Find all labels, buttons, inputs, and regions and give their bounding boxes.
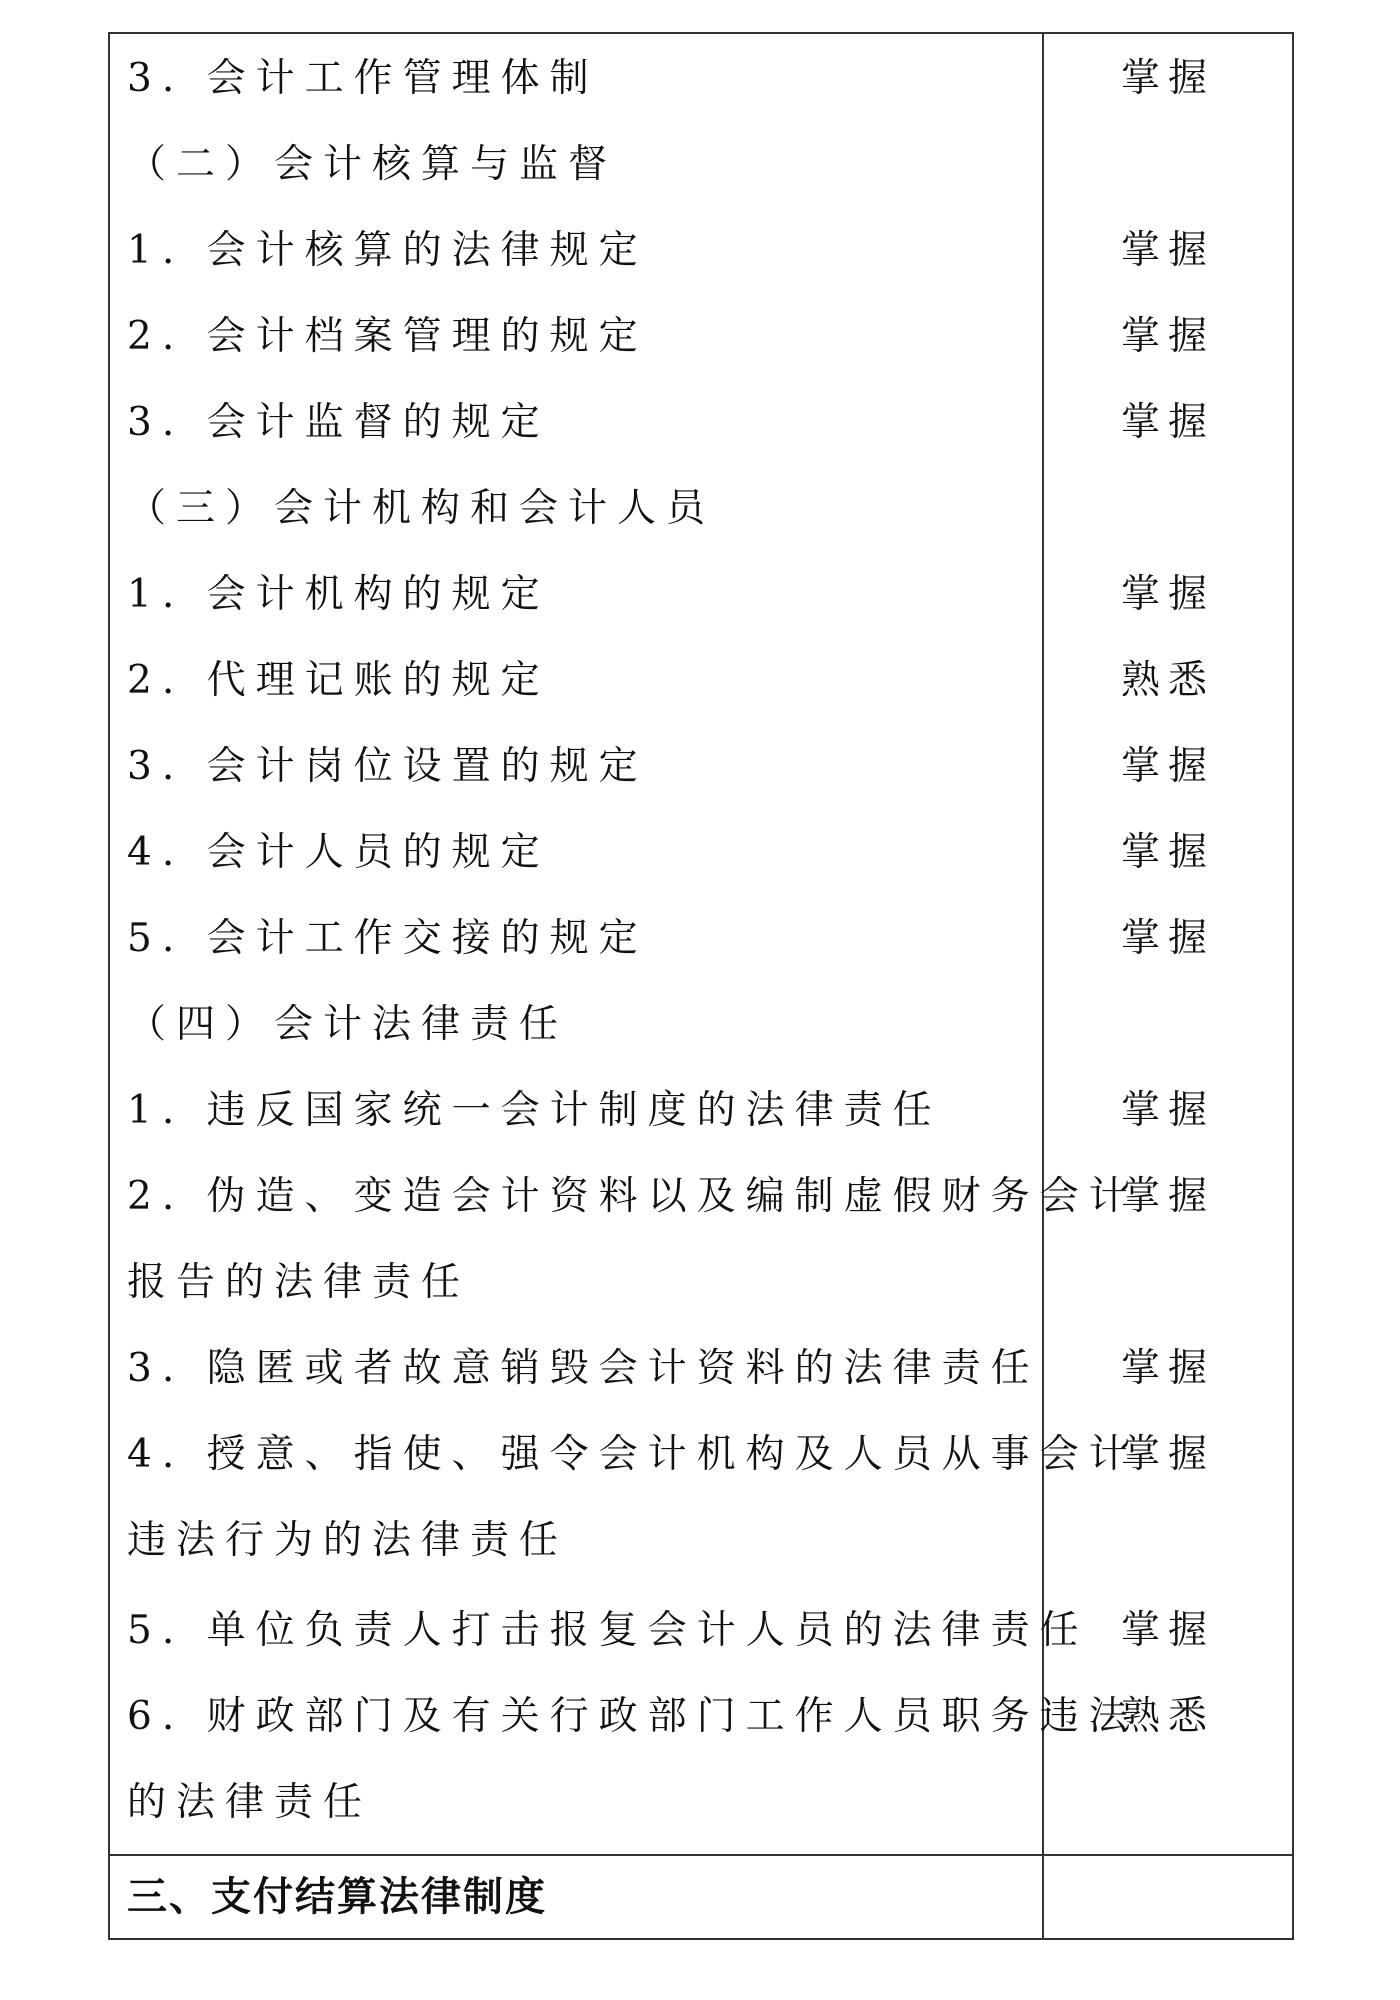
topic-text: 3. 会计岗位设置的规定 xyxy=(127,742,1027,792)
topic-text: 3. 会计工作管理体制 xyxy=(127,54,1027,104)
level-text: 掌握 xyxy=(1042,1344,1294,1394)
topic-text: 5. 会计工作交接的规定 xyxy=(127,914,1027,964)
topic-text: 4. 会计人员的规定 xyxy=(127,828,1027,878)
level-text: 掌握 xyxy=(1042,570,1294,620)
level-text: 掌握 xyxy=(1042,742,1294,792)
topic-text: 3. 会计监督的规定 xyxy=(127,398,1027,448)
topic-text: 1. 会计机构的规定 xyxy=(127,570,1027,620)
section-heading: 三、支付结算法律制度 xyxy=(127,1872,547,1922)
level-text: 掌握 xyxy=(1042,914,1294,964)
level-text: 掌握 xyxy=(1042,312,1294,362)
level-text: 掌握 xyxy=(1042,828,1294,878)
level-text: 掌握 xyxy=(1042,1430,1294,1480)
topic-text-continued: 的法律责任 xyxy=(127,1778,1027,1828)
topic-text: 6. 财政部门及有关行政部门工作人员职务违法 xyxy=(127,1692,1027,1742)
topic-text: 1. 会计核算的法律规定 xyxy=(127,226,1027,276)
topic-text: 2. 会计档案管理的规定 xyxy=(127,312,1027,362)
topic-text: 3. 隐匿或者故意销毁会计资料的法律责任 xyxy=(127,1344,1027,1394)
topic-text: 1. 违反国家统一会计制度的法律责任 xyxy=(127,1086,1027,1136)
level-text: 掌握 xyxy=(1042,54,1294,104)
topic-text: 5. 单位负责人打击报复会计人员的法律责任 xyxy=(127,1606,1027,1656)
topic-text: 4. 授意、指使、强令会计机构及人员从事会计 xyxy=(127,1430,1027,1480)
topic-text: 2. 伪造、变造会计资料以及编制虚假财务会计 xyxy=(127,1172,1027,1222)
topic-text-continued: 报告的法律责任 xyxy=(127,1258,1027,1308)
level-text: 掌握 xyxy=(1042,398,1294,448)
level-text: 熟悉 xyxy=(1042,656,1294,706)
level-text: 熟悉 xyxy=(1042,1692,1294,1742)
level-text: 掌握 xyxy=(1042,1086,1294,1136)
topic-text-continued: 违法行为的法律责任 xyxy=(127,1516,1027,1566)
section-divider xyxy=(110,1854,1292,1856)
level-text: 掌握 xyxy=(1042,1172,1294,1222)
subsection-heading: （四）会计法律责任 xyxy=(127,1000,1027,1050)
subsection-heading: （三）会计机构和会计人员 xyxy=(127,484,1027,534)
topic-text: 2. 代理记账的规定 xyxy=(127,656,1027,706)
syllabus-table: 3. 会计工作管理体制 掌握 （二）会计核算与监督 1. 会计核算的法律规定 掌… xyxy=(108,32,1294,1940)
level-text: 掌握 xyxy=(1042,226,1294,276)
level-text: 掌握 xyxy=(1042,1606,1294,1656)
subsection-heading: （二）会计核算与监督 xyxy=(127,140,1027,190)
